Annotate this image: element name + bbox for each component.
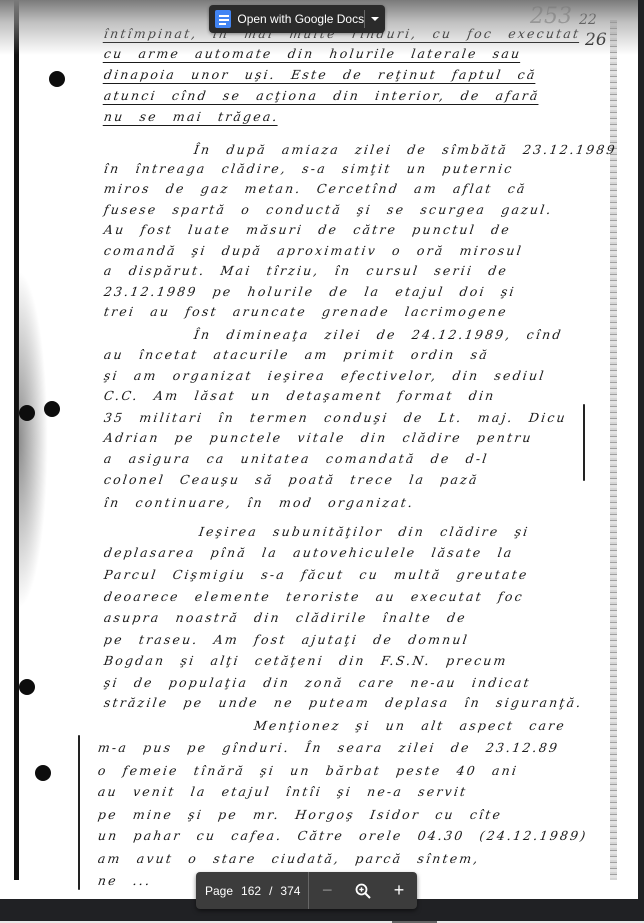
handwritten-line: colonel Ceauşu să poată trece la pază <box>103 472 480 487</box>
zoom-out-button[interactable]: − <box>309 872 345 909</box>
scan-noise <box>18 270 48 610</box>
handwritten-line: pe mine şi pe mr. Horgoş Isidor cu cîte <box>97 807 503 822</box>
punch-hole <box>19 405 35 421</box>
page-separator: / <box>269 884 272 898</box>
handwritten-line: Adrian pe punctele vitale din clădire pe… <box>103 430 534 445</box>
handwritten-line: Au fost luate măsuri de către punctul de <box>103 222 512 237</box>
handwritten-line: atunci cînd se acţiona din interior, de … <box>103 88 541 103</box>
handwritten-line: cu arme automate din holurile laterale s… <box>103 46 523 61</box>
handwritten-line: pe traseu. Am fost ajutaţi de domnul <box>103 632 470 647</box>
handwritten-line: în întreaga clădire, s-a simţit un puter… <box>103 161 515 176</box>
handwritten-line: în continuare, în mod organizat. <box>103 495 415 510</box>
total-pages: 374 <box>280 884 300 898</box>
google-docs-icon <box>215 10 231 28</box>
handwritten-line: asupra noastră din clădirile înalte de <box>103 610 468 625</box>
punch-hole <box>19 679 35 695</box>
handwritten-line: au venit la etajul întîi şi ne-a servit <box>97 784 468 799</box>
open-with-google-docs-button[interactable]: Open with Google Docs <box>209 5 385 33</box>
punch-hole <box>49 71 65 87</box>
handwritten-line: a dispărut. Mai tîrziu, în cursul serii … <box>103 263 509 278</box>
pdf-viewer: 253 22 26 întîmpinat, în mai multe rîndu… <box>0 0 644 923</box>
handwritten-line: dinapoia unor uşi. Este de reţinut faptu… <box>103 67 538 82</box>
open-with-menu-button[interactable] <box>365 5 385 33</box>
handwritten-line: deplasarea pînă la autovehiculele lăsate… <box>103 545 515 560</box>
handwritten-line: Bogdan şi alţi cetăţeni din F.S.N. precu… <box>103 653 509 668</box>
margin-bracket <box>78 735 80 890</box>
handwritten-line: 23.12.1989 pe holurile de la etajul doi … <box>103 284 517 299</box>
open-with-label: Open with Google Docs <box>237 12 364 26</box>
handwritten-line: trei au fost aruncate grenade lacrimogen… <box>103 304 509 319</box>
handwritten-line: 35 militari în termen conduşi de Lt. maj… <box>103 410 568 425</box>
handwritten-line: C.C. Am lăsat un detaşament format din <box>103 388 497 403</box>
handwritten-line: o femeie tînără şi un bărbat peste 40 an… <box>97 763 519 778</box>
folio-number: 26 <box>585 30 607 50</box>
handwritten-line: am avut o stare ciudată, parcă sîntem, <box>97 851 481 866</box>
page-indicator: Page 162 / 374 <box>196 884 308 898</box>
current-page-input[interactable]: 162 <box>241 884 261 898</box>
punch-hole <box>44 401 60 417</box>
magnifier-icon <box>355 883 371 899</box>
zoom-reset-button[interactable] <box>345 872 381 909</box>
handwritten-line: a asigura ca unitatea comandată de d-l <box>103 451 490 466</box>
zoom-in-button[interactable]: + <box>381 872 417 909</box>
scanned-page: 253 22 26 întîmpinat, în mai multe rîndu… <box>0 0 638 899</box>
handwritten-line: un pahar cu cafea. Către orele 04.30 (24… <box>97 828 589 843</box>
page-navigation-bar: Page 162 / 374 − + <box>196 872 417 909</box>
handwritten-line: străzile pe unde ne puteam deplasa în si… <box>103 695 584 710</box>
handwritten-line: ne ... <box>97 873 153 888</box>
handwritten-line: Ieşirea subunităţilor din clădire şi <box>198 524 531 539</box>
caret-down-icon <box>371 17 379 21</box>
handwritten-line: nu se mai trăgea. <box>103 109 280 124</box>
handwritten-line: Parcul Cişmigiu s-a făcut cu multă greut… <box>103 567 530 582</box>
handwritten-line: deoarece elemente teroriste au executat … <box>103 589 525 604</box>
handwritten-line: comandă şi după aproximativ o oră mirosu… <box>103 243 524 258</box>
handwritten-line: şi de populaţia din zonă care ne-au indi… <box>103 675 532 690</box>
folio-number: 22 <box>579 12 597 28</box>
handwritten-line: au încetat atacurile am primit ordin să <box>103 347 490 362</box>
handwritten-line: m-a pus pe gînduri. În seara zilei de 23… <box>97 740 560 755</box>
handwritten-line: fusese spartă o conductă şi se scurgea g… <box>103 202 554 217</box>
handwritten-line: În după amiaza zilei de sîmbătă 23.12.19… <box>193 142 618 157</box>
page-label: Page <box>205 884 233 898</box>
minus-icon: − <box>322 880 333 901</box>
handwritten-line: miros de gaz metan. Cercetînd am aflat c… <box>103 181 528 196</box>
punch-hole <box>35 765 51 781</box>
margin-bracket <box>583 404 585 481</box>
handwritten-line: În dimineaţa zilei de 24.12.1989, cînd <box>193 327 564 342</box>
handwritten-line: Menţionez şi un alt aspect care <box>253 718 567 733</box>
handwritten-line: şi am organizat ieşirea efectivelor, din… <box>103 368 547 383</box>
plus-icon: + <box>394 880 405 901</box>
